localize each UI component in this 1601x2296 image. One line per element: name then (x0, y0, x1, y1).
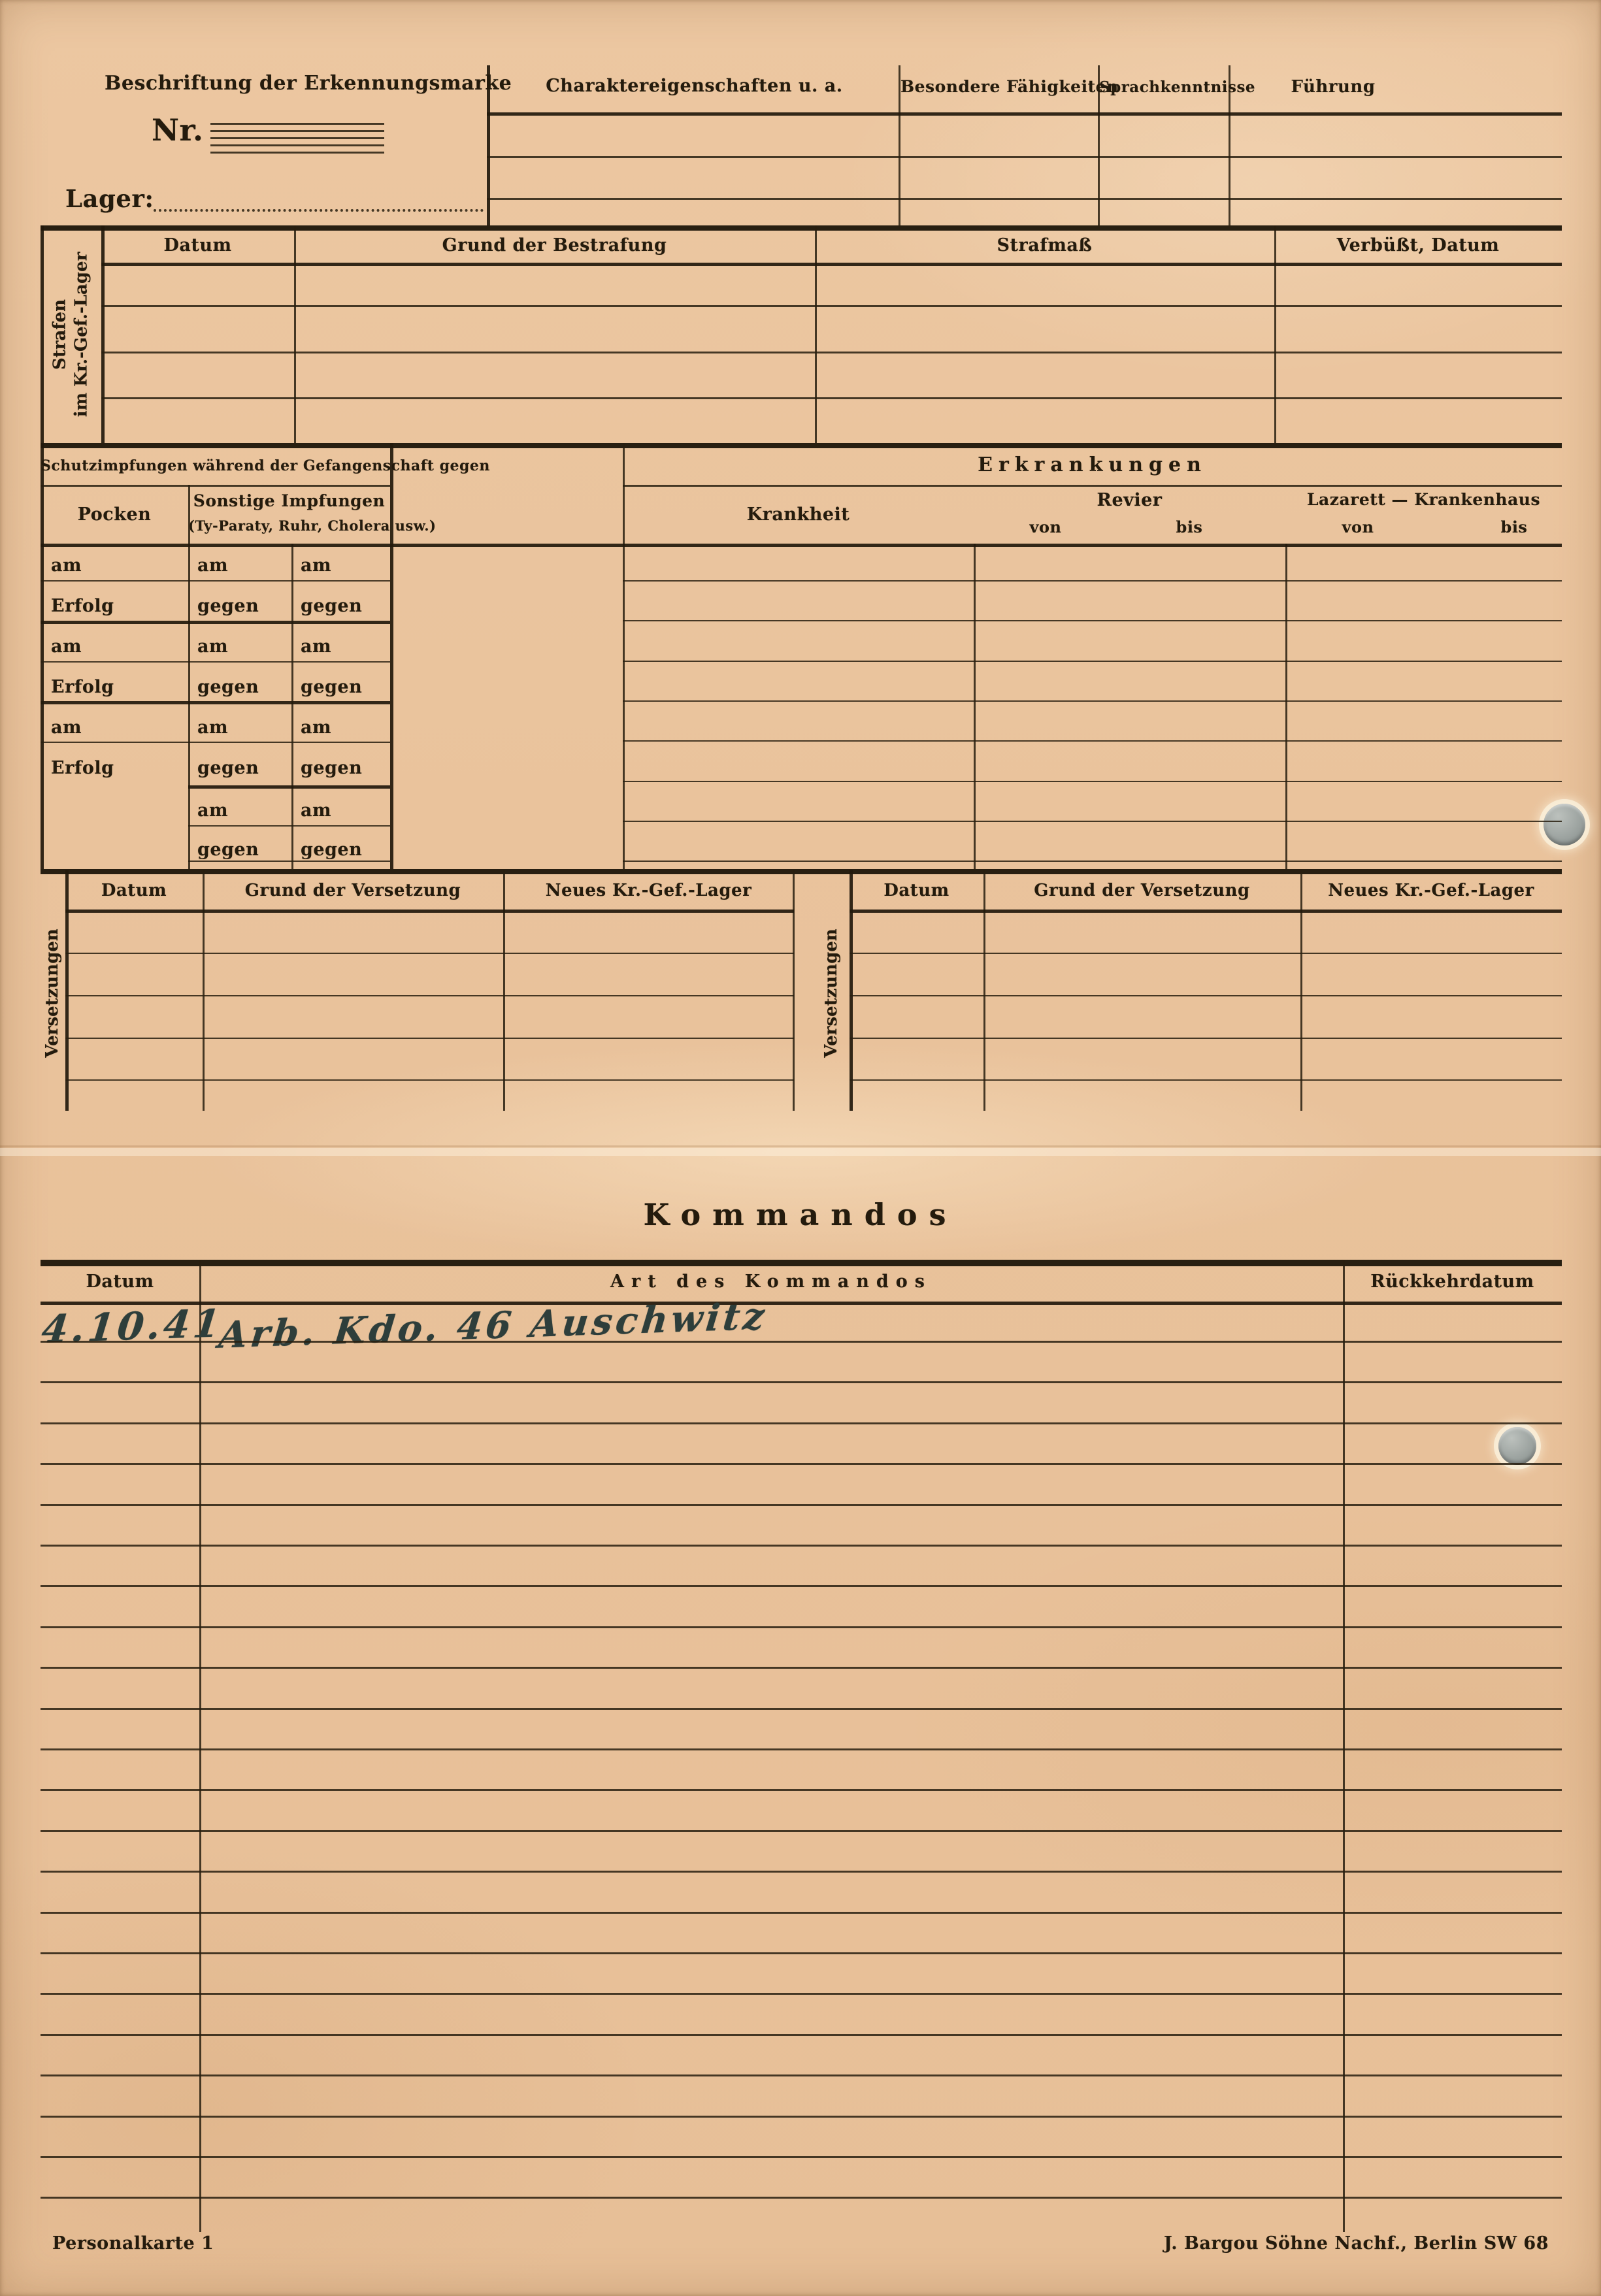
table-horizontal-rule (41, 485, 390, 487)
table-horizontal-rule (101, 397, 1562, 399)
erkrankungen-col-revier: Revier (974, 490, 1285, 510)
table-horizontal-rule (41, 1708, 1562, 1710)
table-horizontal-rule (41, 1830, 1562, 1832)
sonstige2-row-am-3: am (301, 717, 331, 738)
fold-crease-highlight (0, 1148, 1601, 1156)
table-horizontal-rule (623, 700, 1562, 702)
strafen-side-label: Strafen im Kr.-Gef.-Lager (50, 252, 92, 418)
traits-col-besondere-faehigkeiten: Besondere Fähigkeiten (900, 77, 1097, 96)
lazarett-von-label: von (1338, 517, 1378, 536)
kommandos-title: Kommandos (539, 1197, 1062, 1232)
fold-crease (0, 1145, 1601, 1147)
table-vertical-rule (1274, 225, 1276, 443)
table-horizontal-rule (41, 661, 390, 663)
table-horizontal-rule (41, 2197, 1562, 2199)
table-horizontal-rule (623, 580, 1562, 582)
strafen-col-strafmass: Strafmaß (815, 235, 1274, 255)
hole-punch-bottom (1498, 1427, 1536, 1465)
table-horizontal-rule (623, 781, 1562, 782)
nr-label: Nr. (152, 112, 204, 148)
versetzungen-right-col-datum: Datum (850, 881, 983, 900)
versetzungen-right-col-neues: Neues Kr.-Gef.-Lager (1300, 881, 1562, 900)
table-horizontal-rule (623, 620, 1562, 621)
table-horizontal-rule (41, 742, 390, 743)
table-horizontal-rule (210, 144, 384, 146)
sonstige1-row-am-4: am (197, 800, 228, 821)
kommandos-col-art: Art des Kommandos (199, 1271, 1343, 1292)
table-horizontal-rule (188, 861, 390, 862)
sonstige2-row-am-1: am (301, 555, 331, 576)
erkrankungen-col-krankheit: Krankheit (623, 504, 974, 525)
strafen-col-verbuesst: Verbüßt, Datum (1274, 235, 1562, 255)
table-vertical-rule (983, 870, 985, 1111)
strafen-side-label-line1: Strafen (50, 299, 70, 370)
table-horizontal-rule (101, 263, 1562, 266)
table-horizontal-rule (41, 1381, 1562, 1383)
table-vertical-rule (793, 870, 795, 1111)
table-horizontal-rule (65, 910, 794, 913)
sonstige2-row-gegen-4: gegen (301, 840, 362, 860)
table-vertical-rule (65, 870, 69, 1111)
table-horizontal-rule (41, 225, 1562, 231)
impfungen-col-sonstige: Sonstige Impfungen (188, 491, 390, 510)
sonstige1-row-gegen-4: gegen (197, 840, 259, 860)
table-horizontal-rule (41, 1626, 1562, 1628)
table-horizontal-rule (623, 661, 1562, 662)
kommandos-col-datum: Datum (41, 1271, 199, 1292)
versetzungen-side-label-right: Versetzungen (821, 928, 842, 1057)
table-horizontal-rule (210, 130, 384, 132)
table-horizontal-rule (41, 2116, 1562, 2118)
versetzungen-side-label-left: Versetzungen (42, 928, 63, 1057)
hole-punch-top (1543, 804, 1585, 845)
pocken-row-am-1: am (51, 555, 82, 576)
table-horizontal-rule (41, 2075, 1562, 2076)
table-horizontal-rule (41, 443, 1562, 448)
table-horizontal-rule (850, 1079, 1562, 1081)
strafen-col-datum: Datum (101, 235, 294, 255)
sonstige1-row-am-1: am (197, 555, 228, 576)
pocken-row-erfolg-3: Erfolg (51, 758, 114, 778)
strafen-col-grund: Grund der Bestrafung (294, 235, 815, 255)
table-horizontal-rule (41, 580, 390, 582)
table-horizontal-rule (65, 953, 794, 954)
table-vertical-rule (623, 443, 625, 869)
table-horizontal-rule (850, 1038, 1562, 1039)
personalkarte-back-card: Beschriftung der Erkennungsmarke Nr. Lag… (0, 0, 1601, 2296)
traits-col-sprachkenntnisse: Sprachkenntnisse (1099, 78, 1227, 96)
table-vertical-rule (850, 870, 853, 1111)
strafen-side-label-line2: im Kr.-Gef.-Lager (71, 252, 91, 418)
table-horizontal-rule (41, 544, 1562, 547)
pocken-row-erfolg-2: Erfolg (51, 677, 114, 697)
table-vertical-rule (199, 1260, 201, 2232)
table-horizontal-rule (850, 910, 1562, 913)
sonstige2-row-am-2: am (301, 636, 331, 657)
table-vertical-rule (188, 485, 190, 869)
sonstige1-row-gegen-3: gegen (197, 758, 259, 778)
table-horizontal-rule (850, 995, 1562, 996)
versetzungen-right-col-grund: Grund der Versetzung (983, 881, 1300, 900)
versetzungen-left-col-grund: Grund der Versetzung (203, 881, 503, 900)
table-horizontal-rule (850, 953, 1562, 954)
pocken-row-erfolg-1: Erfolg (51, 596, 114, 616)
table-horizontal-rule (41, 1912, 1562, 1914)
table-horizontal-rule (41, 621, 390, 624)
revier-von-label: von (1026, 517, 1065, 536)
table-horizontal-rule (623, 821, 1562, 822)
table-horizontal-rule (41, 869, 1562, 874)
lager-dotted-line (154, 184, 484, 212)
table-horizontal-rule (101, 305, 1562, 307)
sonstige2-row-gegen-3: gegen (301, 758, 362, 778)
table-horizontal-rule (41, 1302, 1562, 1305)
table-vertical-rule (294, 225, 296, 443)
revier-bis-label: bis (1170, 517, 1209, 536)
table-horizontal-rule (210, 123, 384, 125)
impfungen-col-sonstige-sub: (Ty-Paraty, Ruhr, Cholera usw.) (188, 517, 390, 534)
pocken-row-am-3: am (51, 717, 82, 738)
versetzungen-left-col-datum: Datum (65, 881, 203, 900)
table-horizontal-rule (41, 1789, 1562, 1791)
sonstige2-row-am-4: am (301, 800, 331, 821)
table-horizontal-rule (41, 1871, 1562, 1873)
table-vertical-rule (101, 225, 105, 443)
table-horizontal-rule (623, 861, 1562, 862)
sonstige1-row-gegen-2: gegen (197, 677, 259, 697)
traits-col-fuehrung: Führung (1229, 77, 1438, 97)
kommandos-entry-datum: 4.10.41 (39, 1301, 225, 1352)
sonstige1-row-gegen-1: gegen (197, 596, 259, 616)
table-horizontal-rule (41, 1993, 1562, 1995)
traits-col-charaktereigenschaften: Charaktereigenschaften u. a. (490, 76, 899, 96)
kommandos-col-rueckkehrdatum: Rückkehrdatum (1343, 1271, 1562, 1292)
sonstige1-row-am-3: am (197, 717, 228, 738)
table-horizontal-rule (188, 825, 390, 827)
table-horizontal-rule (41, 1463, 1562, 1465)
table-vertical-rule (390, 443, 393, 869)
table-horizontal-rule (210, 152, 384, 154)
table-horizontal-rule (487, 156, 1562, 158)
table-horizontal-rule (41, 1504, 1562, 1506)
sonstige2-row-gegen-1: gegen (301, 596, 362, 616)
lager-label: Lager: (65, 184, 154, 213)
impfungen-title: Schutzimpfungen während der Gefangenscha… (41, 457, 390, 474)
table-horizontal-rule (101, 352, 1562, 353)
table-horizontal-rule (487, 112, 1562, 116)
table-horizontal-rule (41, 1667, 1562, 1669)
impfungen-col-pocken: Pocken (41, 504, 188, 525)
footer-printer: J. Bargou Söhne Nachf., Berlin SW 68 (1157, 2233, 1549, 2254)
sonstige1-row-am-2: am (197, 636, 228, 657)
table-horizontal-rule (188, 785, 390, 789)
table-horizontal-rule (41, 1748, 1562, 1750)
table-horizontal-rule (65, 995, 794, 996)
table-vertical-rule (203, 870, 205, 1111)
versetzungen-left-col-neues: Neues Kr.-Gef.-Lager (503, 881, 794, 900)
table-horizontal-rule (41, 1952, 1562, 1954)
table-vertical-rule (815, 225, 817, 443)
table-horizontal-rule (65, 1038, 794, 1039)
erkrankungen-col-lazarett: Lazarett — Krankenhaus (1285, 490, 1562, 509)
table-horizontal-rule (41, 1585, 1562, 1587)
table-horizontal-rule (41, 1341, 1562, 1343)
erkennungsmarke-title: Beschriftung der Erkennungsmarke (105, 72, 448, 95)
sonstige2-row-gegen-2: gegen (301, 677, 362, 697)
footer-form-name: Personalkarte 1 (52, 2233, 214, 2254)
table-vertical-rule (1300, 870, 1302, 1111)
pocken-row-am-2: am (51, 636, 82, 657)
table-horizontal-rule (65, 1079, 794, 1081)
table-horizontal-rule (41, 1422, 1562, 1424)
table-vertical-rule (1343, 1260, 1345, 2232)
table-horizontal-rule (210, 137, 384, 139)
table-horizontal-rule (623, 485, 1562, 487)
table-horizontal-rule (41, 1545, 1562, 1547)
table-vertical-rule (41, 225, 44, 443)
table-vertical-rule (503, 870, 505, 1111)
lazarett-bis-label: bis (1494, 517, 1534, 536)
table-horizontal-rule (41, 2156, 1562, 2158)
table-horizontal-rule (41, 701, 390, 704)
table-horizontal-rule (623, 740, 1562, 742)
table-horizontal-rule (487, 198, 1562, 200)
table-horizontal-rule (41, 2034, 1562, 2036)
table-vertical-rule (291, 544, 293, 869)
table-horizontal-rule (41, 1260, 1562, 1266)
erkrankungen-title: Erkrankungen (623, 453, 1562, 476)
